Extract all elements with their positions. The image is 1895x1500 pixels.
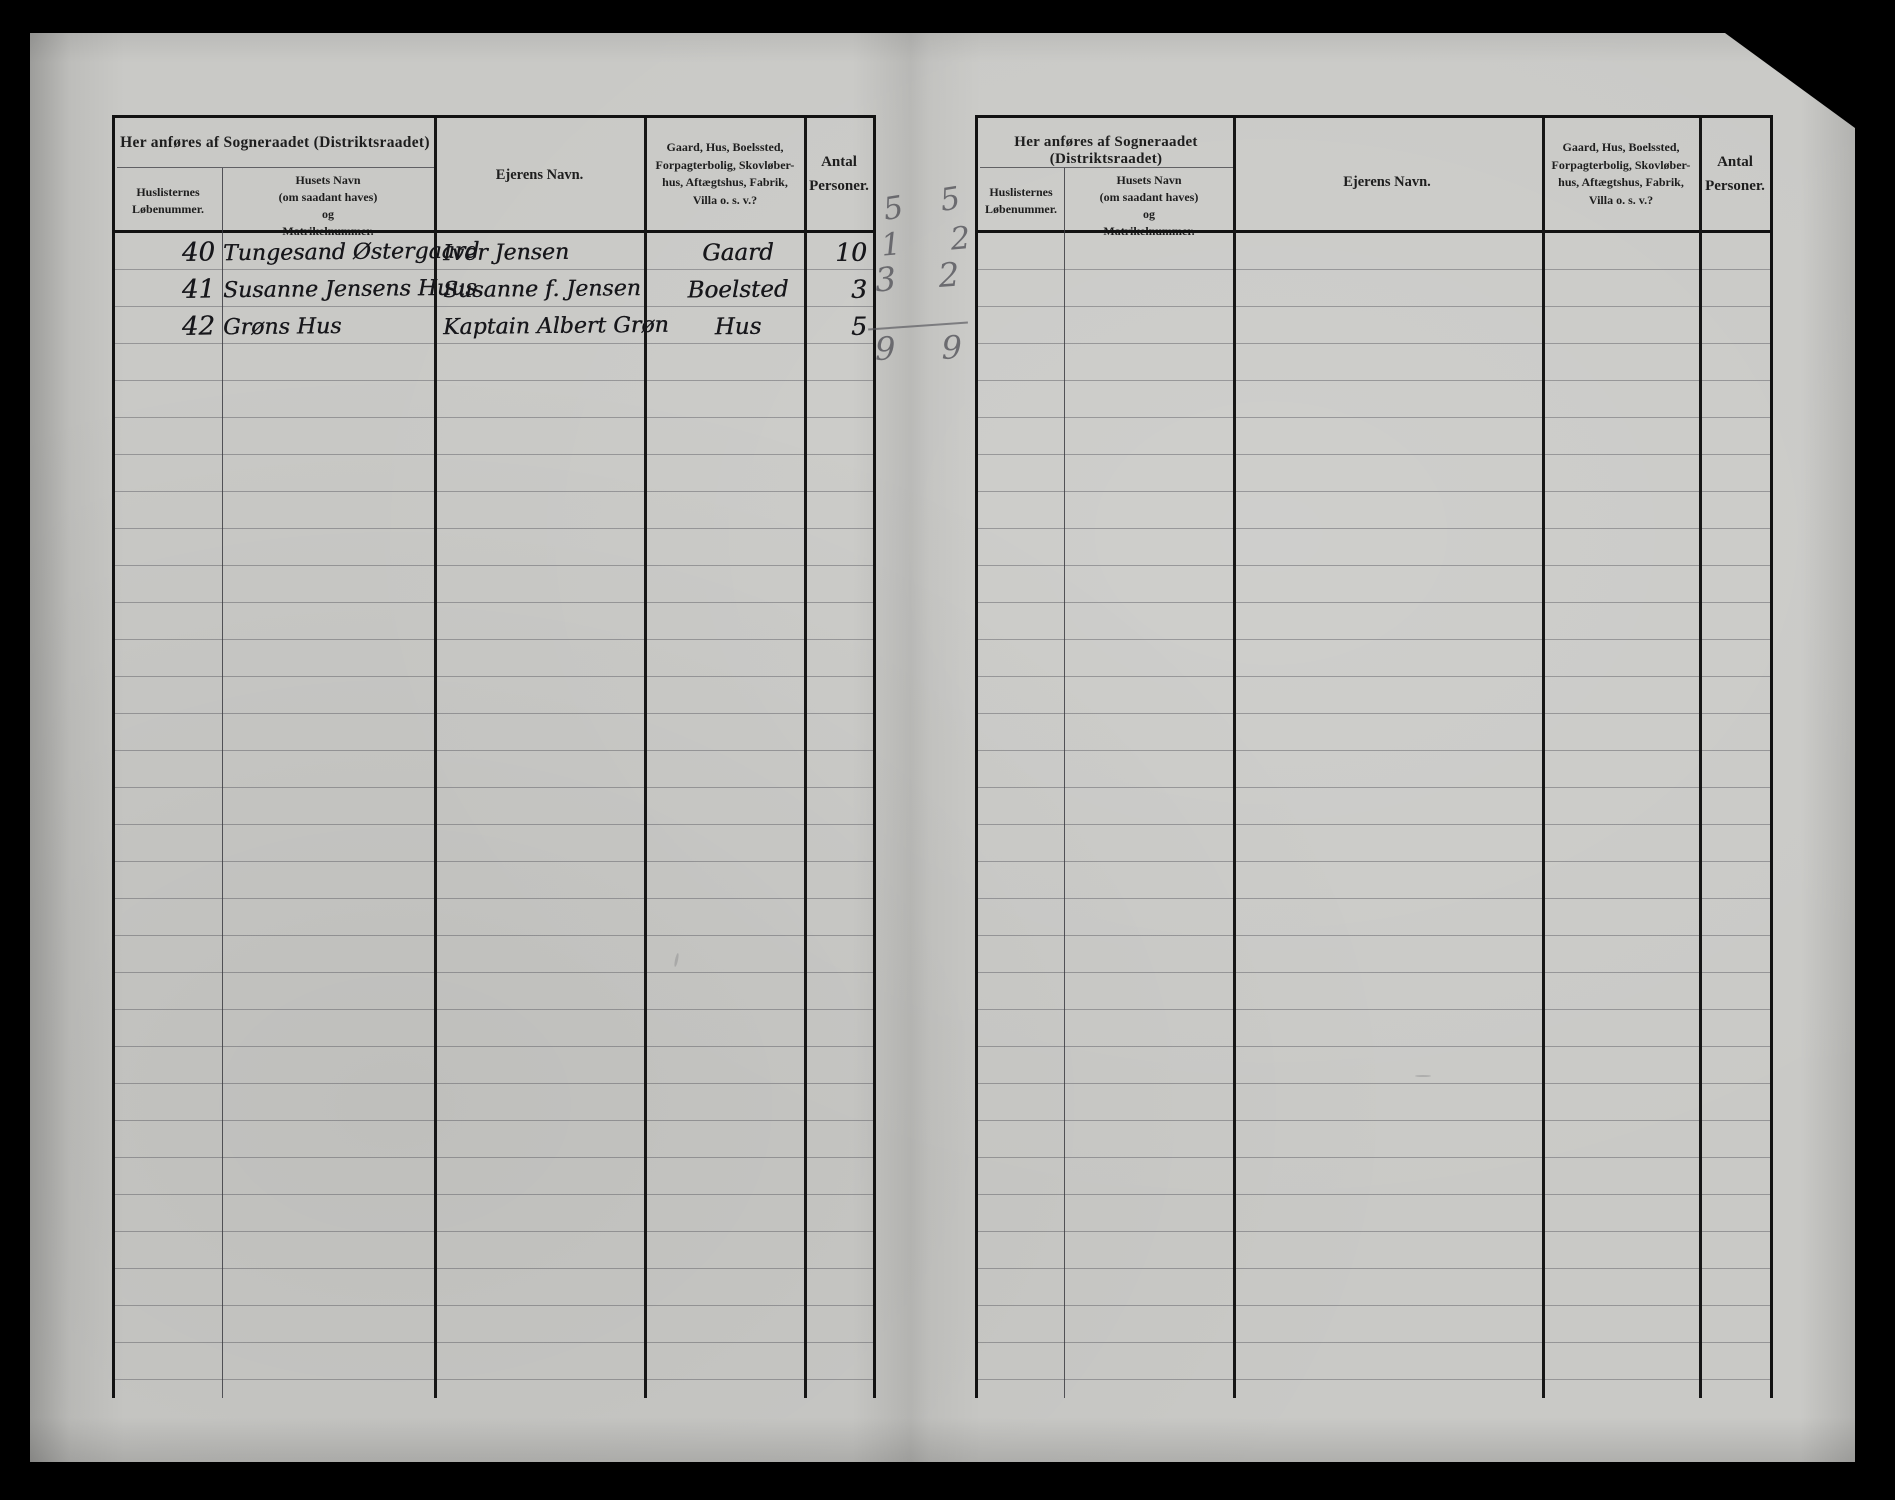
header-group-rule — [980, 167, 1233, 168]
cell-antal-personer: 10 — [801, 236, 873, 271]
header-group-rule — [117, 167, 434, 168]
table-row: 41 Susanne Jensens Huus Susanne f. Jense… — [115, 273, 873, 310]
header-huslisternes-lobenummer: Huslisternes Løbenummer. — [115, 184, 221, 218]
cell-husets-navn: Susanne Jensens Huus — [215, 272, 478, 309]
header-group-title: Her anføres af Sogneraadet (Distriktsraa… — [115, 134, 435, 152]
table-row: 42 Grøns Hus Kaptain Albert Grøn Hus 5 — [115, 310, 873, 347]
ruled-rows-left — [115, 233, 873, 1398]
header-antal-personer: Antal Personer. — [1699, 150, 1771, 198]
column-divider — [1233, 118, 1236, 1398]
ruled-rows-right — [978, 233, 1770, 1398]
header-gaard-hus-type: Gaard, Hus, Boelssted, Forpagterbolig, S… — [645, 139, 805, 209]
scan-corner-shadow — [1725, 33, 1855, 128]
cell-lobenummer: 40 — [115, 235, 215, 270]
header-antal-personer: Antal Personer. — [804, 150, 874, 198]
column-divider — [1699, 118, 1702, 1398]
header-bottom-rule — [115, 230, 873, 233]
cell-ejerens-navn: Susanne f. Jensen — [443, 272, 658, 308]
cell-antal-personer: 3 — [801, 273, 873, 308]
cell-type: Gaard — [673, 235, 803, 270]
cell-ejerens-navn: Kaptain Albert Grøn — [443, 309, 658, 345]
header-bottom-rule — [978, 230, 1770, 233]
cell-ejerens-navn: Iver Jensen — [443, 235, 658, 271]
header-huslisternes-lobenummer: Huslisternes Løbenummer. — [978, 184, 1064, 218]
cell-type: Boelsted — [673, 272, 803, 307]
cell-antal-personer: 5 — [801, 310, 873, 345]
cell-lobenummer: 41 — [115, 272, 215, 307]
header-ejerens-navn: Ejerens Navn. — [1233, 174, 1541, 191]
column-divider-thin — [222, 168, 223, 1398]
column-divider-thin — [1064, 168, 1065, 1398]
scanned-register-sheet: Her anføres af Sogneraadet (Distriktsraa… — [30, 33, 1855, 1462]
cell-husets-navn: Grøns Hus — [215, 309, 478, 346]
cell-husets-navn: Tungesand Østergaard — [215, 235, 478, 272]
census-table-left-page: Her anføres af Sogneraadet (Distriktsraa… — [112, 115, 876, 1398]
header-gaard-hus-type: Gaard, Hus, Boelssted, Forpagterbolig, S… — [1542, 139, 1700, 209]
cell-lobenummer: 42 — [115, 309, 215, 344]
pencil-tally-total: 9 9 — [875, 328, 981, 368]
table-row: 40 Tungesand Østergaard Iver Jensen Gaar… — [115, 236, 873, 273]
header-ejerens-navn: Ejerens Navn. — [434, 167, 645, 184]
pencil-smudge — [1415, 1075, 1431, 1077]
cell-type: Hus — [673, 309, 803, 344]
header-group-title: Her anføres af Sogneraadet (Distriktsraa… — [978, 134, 1234, 168]
census-table-right-page: Her anføres af Sogneraadet (Distriktsraa… — [975, 115, 1773, 1398]
pencil-tally-row42: 3 2 — [874, 254, 977, 300]
column-divider — [1542, 118, 1545, 1398]
